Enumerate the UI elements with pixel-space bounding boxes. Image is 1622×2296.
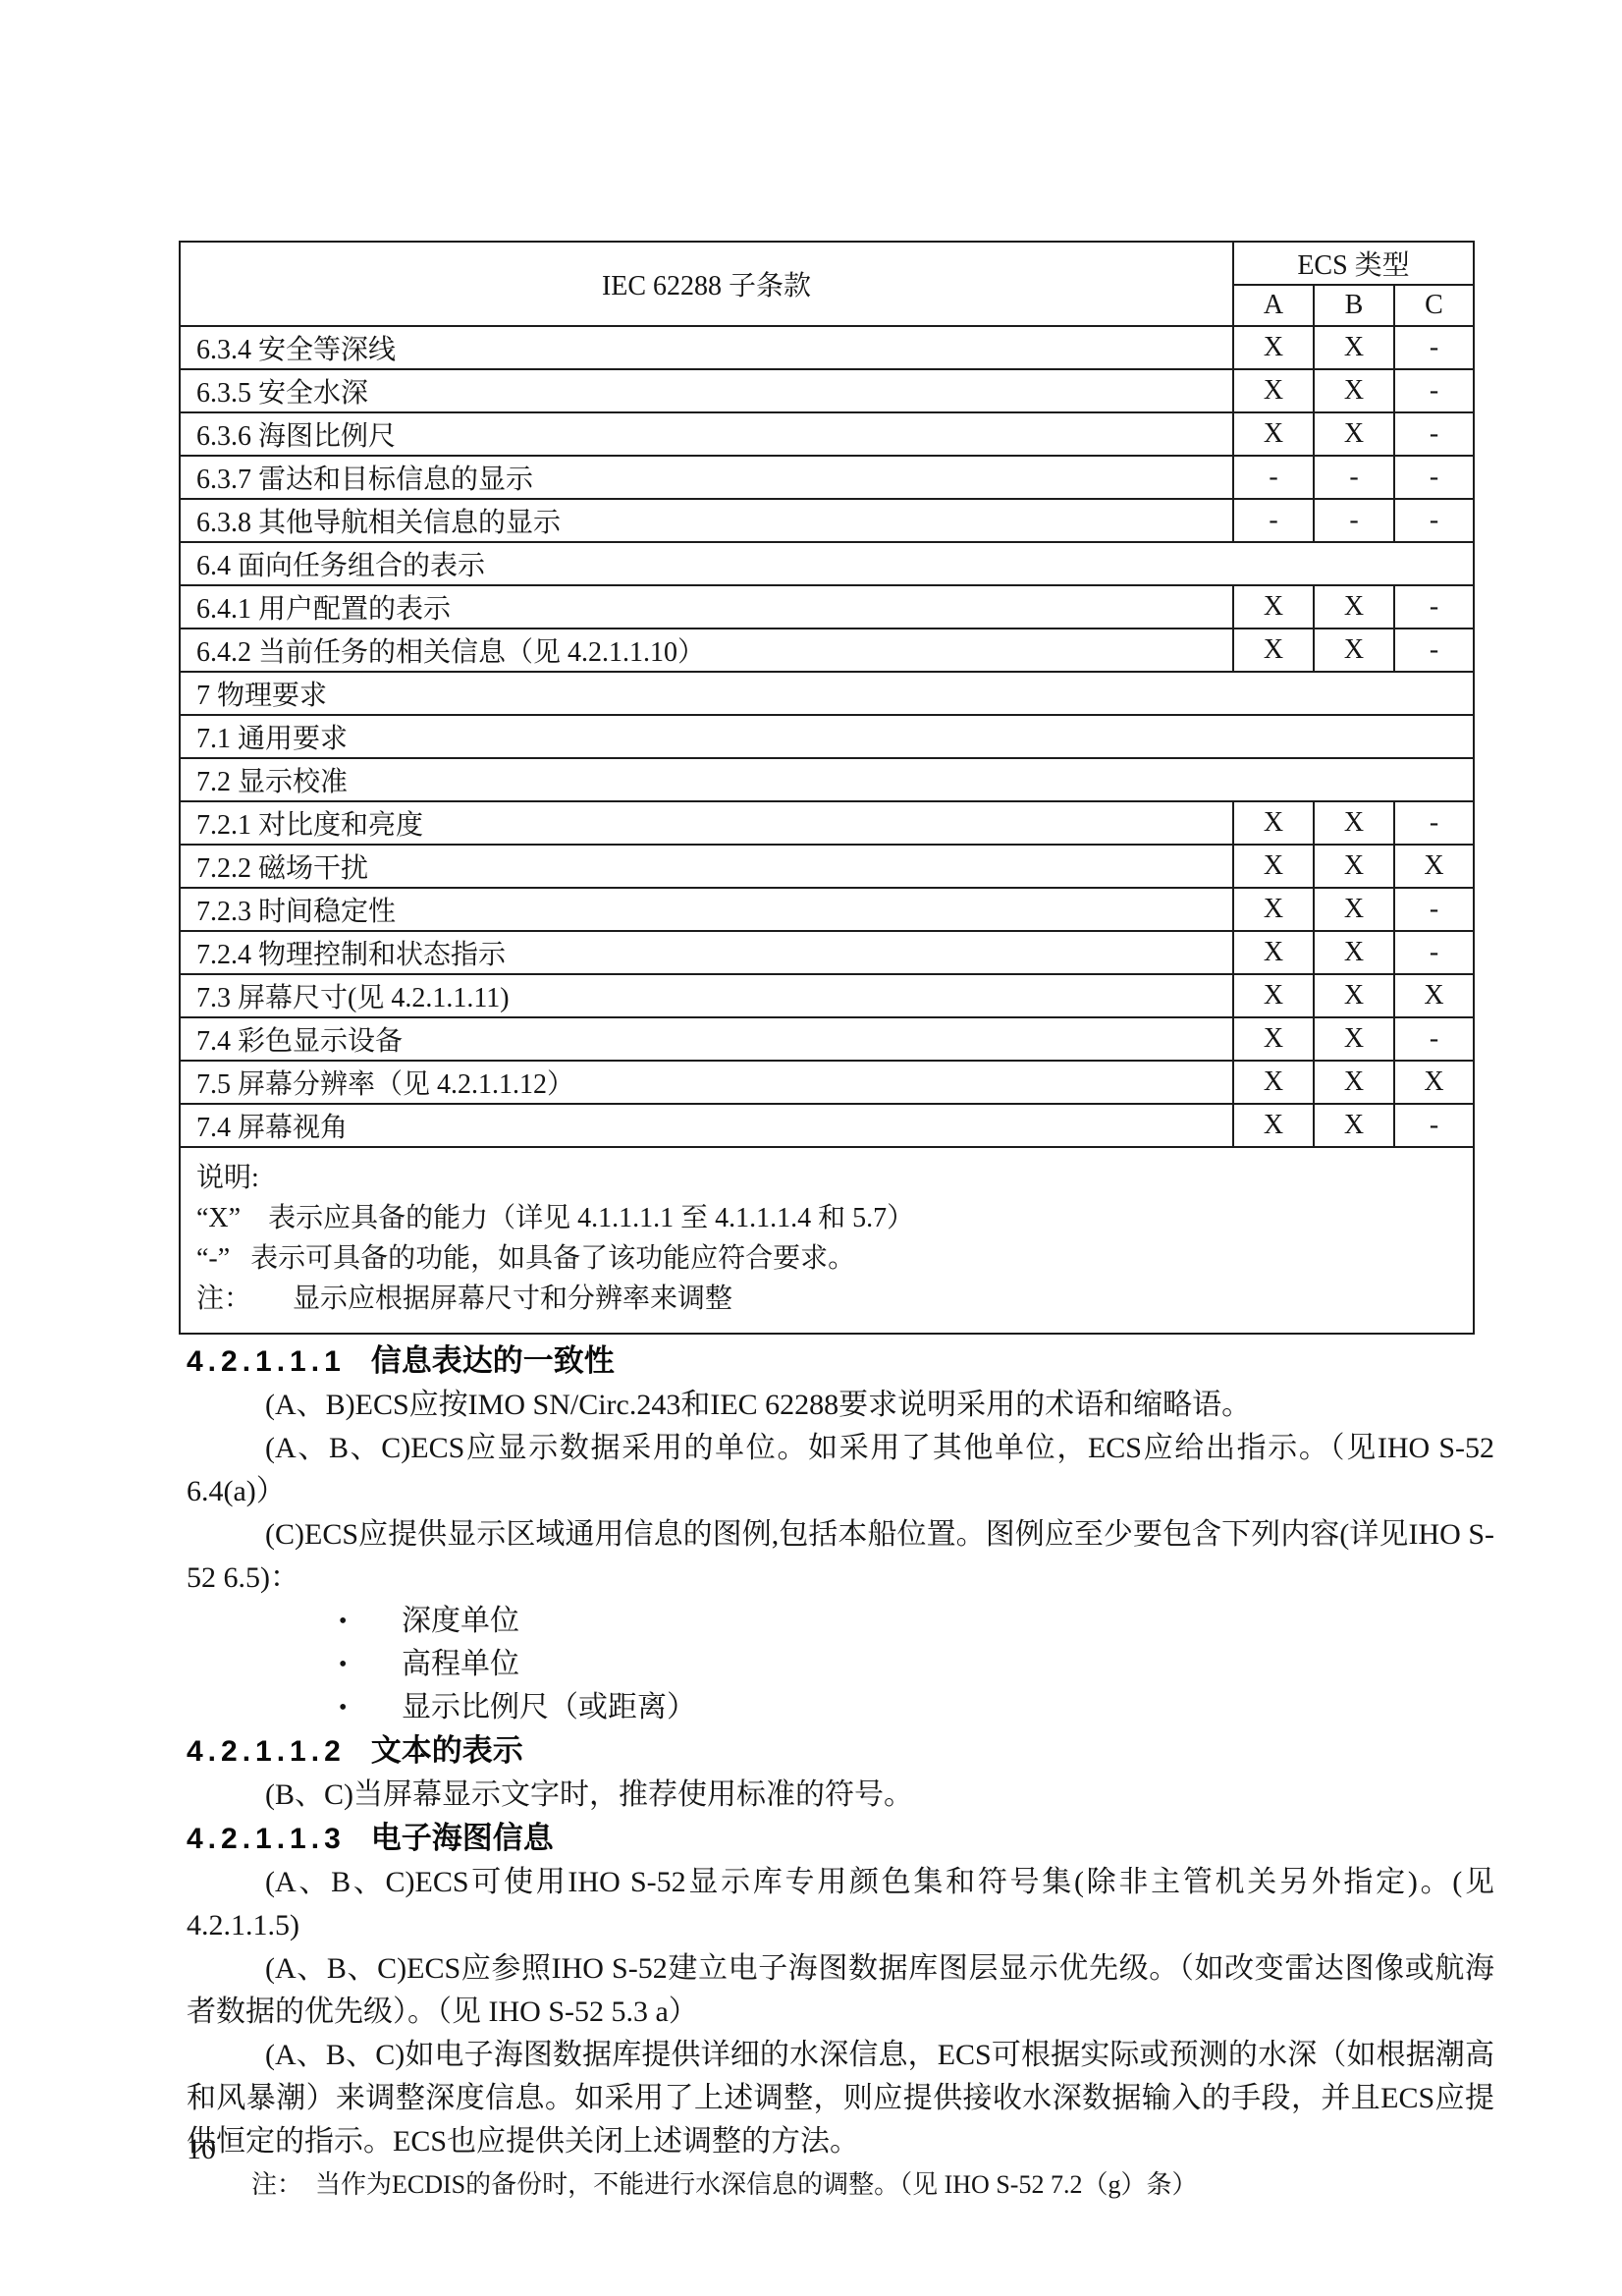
row-label: 7.4 屏幕视角 [180,1104,1233,1147]
cell-a: X [1233,931,1314,974]
bullet-text: 深度单位 [402,1600,519,1643]
paragraph: (C)ECS应提供显示区域通用信息的图例,包括本船位置。图例应至少要包含下列内容… [187,1513,1494,1600]
table-row: 6.3.5 安全水深 X X - [180,369,1474,412]
cell-a: X [1233,801,1314,845]
row-label: 6.3.6 海图比例尺 [180,412,1233,456]
bullet-item: •深度单位 [339,1600,1494,1643]
bullet-text: 显示比例尺（或距离） [402,1686,696,1729]
cell-c: - [1394,585,1474,629]
table-row: 7.5 屏幕分辨率（见 4.2.1.1.12） X X X [180,1061,1474,1104]
section-title: 电子海图信息 [371,1821,554,1855]
page-number: 10 [187,2133,216,2166]
cell-b: X [1314,974,1394,1017]
row-label: 7.3 屏幕尺寸(见 4.2.1.1.11) [180,974,1233,1017]
table-row: 7.3 屏幕尺寸(见 4.2.1.1.11) X X X [180,974,1474,1017]
cell-c: - [1394,499,1474,542]
cell-b: X [1314,1061,1394,1104]
bullet-text: 高程单位 [402,1643,519,1686]
cell-c: X [1394,845,1474,888]
row-label: 7.2.3 时间稳定性 [180,888,1233,931]
row-label: 6.3.4 安全等深线 [180,326,1233,369]
table-notes: 说明: “X” 表示应具备的能力（详见 4.1.1.1.1 至 4.1.1.1.… [180,1147,1474,1334]
table-row: 6.3.7 雷达和目标信息的显示 - - - [180,456,1474,499]
cell-b: X [1314,1104,1394,1147]
body-note: 注： 当作为ECDIS的备份时，不能进行水深信息的调整。（见 IHO S-52 … [251,2163,1494,2207]
table-note-line: “X” 表示应具备的能力（详见 4.1.1.1.1 至 4.1.1.1.4 和 … [196,1198,1457,1238]
bullet-item: •显示比例尺（或距离） [339,1686,1494,1729]
row-label: 6.4.2 当前任务的相关信息（见 4.2.1.1.10） [180,629,1233,672]
table-notes-row: 说明: “X” 表示应具备的能力（详见 4.1.1.1.1 至 4.1.1.1.… [180,1147,1474,1334]
cell-c: - [1394,931,1474,974]
table-note-line: “-” 表示可具备的功能，如具备了该功能应符合要求。 [196,1238,1457,1279]
document-page: IEC 62288 子条款 ECS 类型 A B C 6.3.4 安全等深线 X… [0,0,1622,2296]
row-label: 7.2.4 物理控制和状态指示 [180,931,1233,974]
cell-b: X [1314,1017,1394,1061]
table-row: 7.2.4 物理控制和状态指示 X X - [180,931,1474,974]
section-number: 4.2.1.1.1 [187,1345,346,1378]
table-row: 6.4.2 当前任务的相关信息（见 4.2.1.1.10） X X - [180,629,1474,672]
cell-a: X [1233,326,1314,369]
cell-b: - [1314,499,1394,542]
table-row: 6.3.6 海图比例尺 X X - [180,412,1474,456]
table-row: 6.3.4 安全等深线 X X - [180,326,1474,369]
row-label: 6.4.1 用户配置的表示 [180,585,1233,629]
cell-b: X [1314,801,1394,845]
cell-a: X [1233,845,1314,888]
cell-b: - [1314,456,1394,499]
cell-a: X [1233,585,1314,629]
cell-c: - [1394,629,1474,672]
cell-a: X [1233,1061,1314,1104]
row-label: 7.2.2 磁场干扰 [180,845,1233,888]
paragraph: (A、B)ECS应按IMO SN/Circ.243和IEC 62288要求说明采… [187,1384,1494,1427]
bullet-item: •高程单位 [339,1643,1494,1686]
table-row: 6.4.1 用户配置的表示 X X - [180,585,1474,629]
bullet-icon: • [339,1600,402,1643]
section-heading-3: 4.2.1.1.3电子海图信息 [187,1817,1494,1861]
bullet-icon: • [339,1643,402,1686]
cell-b: X [1314,888,1394,931]
table-row: 7.4 屏幕视角 X X - [180,1104,1474,1147]
table-row-section: 7.2 显示校准 [180,758,1474,801]
row-label: 6.3.5 安全水深 [180,369,1233,412]
paragraph: (A、B、C)ECS可使用IHO S-52显示库专用颜色集和符号集(除非主管机关… [187,1861,1494,1947]
cell-a: X [1233,629,1314,672]
table-row: 6.3.8 其他导航相关信息的显示 - - - [180,499,1474,542]
bullet-icon: • [339,1686,402,1729]
row-label: 7.1 通用要求 [180,715,1474,758]
table-row-section: 6.4 面向任务组合的表示 [180,542,1474,585]
cell-a: X [1233,1017,1314,1061]
row-label: 6.3.7 雷达和目标信息的显示 [180,456,1233,499]
cell-a: - [1233,456,1314,499]
cell-a: X [1233,1104,1314,1147]
table-header-col-a: A [1233,285,1314,326]
cell-b: X [1314,369,1394,412]
cell-c: X [1394,1061,1474,1104]
cell-b: X [1314,412,1394,456]
body-text: 4.2.1.1.1信息表达的一致性 (A、B)ECS应按IMO SN/Circ.… [187,1339,1494,2207]
cell-c: - [1394,1104,1474,1147]
table-note-line: 说明: [196,1158,1457,1198]
table-row: 7.2.2 磁场干扰 X X X [180,845,1474,888]
table-header-clause: IEC 62288 子条款 [180,242,1233,326]
row-label: 6.4 面向任务组合的表示 [180,542,1474,585]
section-heading-1: 4.2.1.1.1信息表达的一致性 [187,1339,1494,1384]
cell-b: X [1314,845,1394,888]
row-label: 7.5 屏幕分辨率（见 4.2.1.1.12） [180,1061,1233,1104]
cell-c: - [1394,456,1474,499]
section-title: 信息表达的一致性 [371,1343,615,1378]
paragraph: (B、C)当屏幕显示文字时，推荐使用标准的符号。 [187,1774,1494,1817]
cell-c: - [1394,326,1474,369]
cell-a: X [1233,888,1314,931]
cell-c: - [1394,888,1474,931]
row-label: 7.2 显示校准 [180,758,1474,801]
row-label: 7.4 彩色显示设备 [180,1017,1233,1061]
cell-c: - [1394,412,1474,456]
table-row: 7.2.3 时间稳定性 X X - [180,888,1474,931]
table-header-row-1: IEC 62288 子条款 ECS 类型 [180,242,1474,285]
section-number: 4.2.1.1.2 [187,1735,346,1768]
section-number: 4.2.1.1.3 [187,1823,346,1855]
cell-c: - [1394,1017,1474,1061]
table-row: 7.2.1 对比度和亮度 X X - [180,801,1474,845]
paragraph: (A、B、C)ECS应显示数据采用的单位。如采用了其他单位，ECS应给出指示。（… [187,1427,1494,1513]
cell-a: - [1233,499,1314,542]
table-header-col-c: C [1394,285,1474,326]
cell-a: X [1233,974,1314,1017]
cell-a: X [1233,412,1314,456]
row-label: 6.3.8 其他导航相关信息的显示 [180,499,1233,542]
table-row-section: 7.1 通用要求 [180,715,1474,758]
cell-a: X [1233,369,1314,412]
requirements-table: IEC 62288 子条款 ECS 类型 A B C 6.3.4 安全等深线 X… [179,241,1475,1335]
cell-b: X [1314,585,1394,629]
table-header-ecs-type: ECS 类型 [1233,242,1474,285]
section-title: 文本的表示 [371,1733,523,1768]
paragraph: (A、B、C)ECS应参照IHO S-52建立电子海图数据库图层显示优先级。（如… [187,1947,1494,2034]
table-row: 7.4 彩色显示设备 X X - [180,1017,1474,1061]
paragraph: (A、B、C)如电子海图数据库提供详细的水深信息，ECS可根据实际或预测的水深（… [187,2034,1494,2163]
section-heading-2: 4.2.1.1.2文本的表示 [187,1729,1494,1774]
cell-b: X [1314,931,1394,974]
cell-c: X [1394,974,1474,1017]
cell-b: X [1314,629,1394,672]
cell-c: - [1394,369,1474,412]
table-row-section: 7 物理要求 [180,672,1474,715]
table-note-line: 注： 显示应根据屏幕尺寸和分辨率来调整 [196,1279,1457,1319]
row-label: 7 物理要求 [180,672,1474,715]
cell-b: X [1314,326,1394,369]
table-header-col-b: B [1314,285,1394,326]
row-label: 7.2.1 对比度和亮度 [180,801,1233,845]
cell-c: - [1394,801,1474,845]
